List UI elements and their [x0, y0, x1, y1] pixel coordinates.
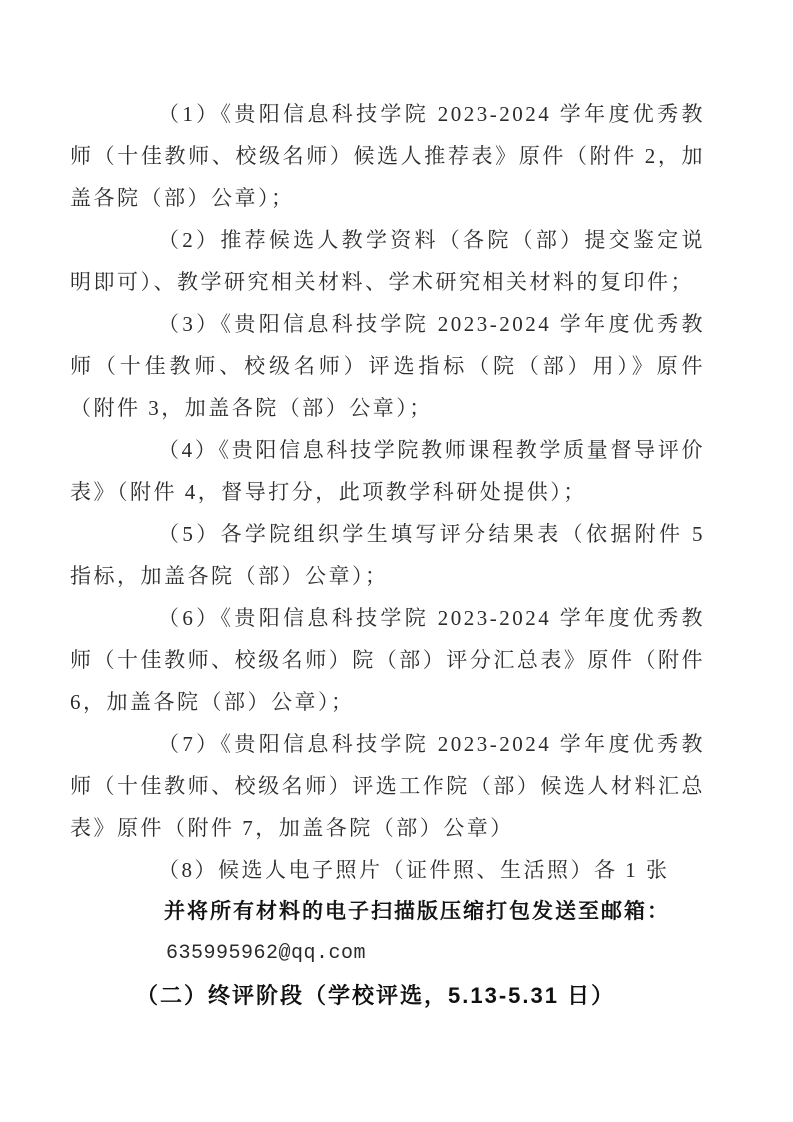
final-stage-heading: （二）终评阶段（学校评选，5.13-5.31 日） [70, 975, 705, 1017]
email-address: 635995962@qq.com [70, 933, 705, 975]
doc-item-3: （3）《贵阳信息科技学院 2023-2024 学年度优秀教师（十佳教师、校级名师… [70, 303, 705, 429]
document-page: （1）《贵阳信息科技学院 2023-2024 学年度优秀教师（十佳教师、校级名师… [0, 0, 793, 1122]
doc-item-8: （8）候选人电子照片（证件照、生活照）各 1 张 [70, 849, 705, 891]
doc-item-4: （4）《贵阳信息科技学院教师课程教学质量督导评价表》（附件 4，督导打分，此项教… [70, 429, 705, 513]
doc-item-7: （7）《贵阳信息科技学院 2023-2024 学年度优秀教师（十佳教师、校级名师… [70, 723, 705, 849]
doc-item-1: （1）《贵阳信息科技学院 2023-2024 学年度优秀教师（十佳教师、校级名师… [70, 93, 705, 219]
doc-item-2: （2）推荐候选人教学资料（各院（部）提交鉴定说明即可）、教学研究相关材料、学术研… [70, 219, 705, 303]
email-instruction-line: 并将所有材料的电子扫描版压缩打包发送至邮箱： [70, 891, 705, 933]
doc-item-5: （5）各学院组织学生填写评分结果表（依据附件 5 指标，加盖各院（部）公章）； [70, 513, 705, 597]
doc-item-6: （6）《贵阳信息科技学院 2023-2024 学年度优秀教师（十佳教师、校级名师… [70, 597, 705, 723]
